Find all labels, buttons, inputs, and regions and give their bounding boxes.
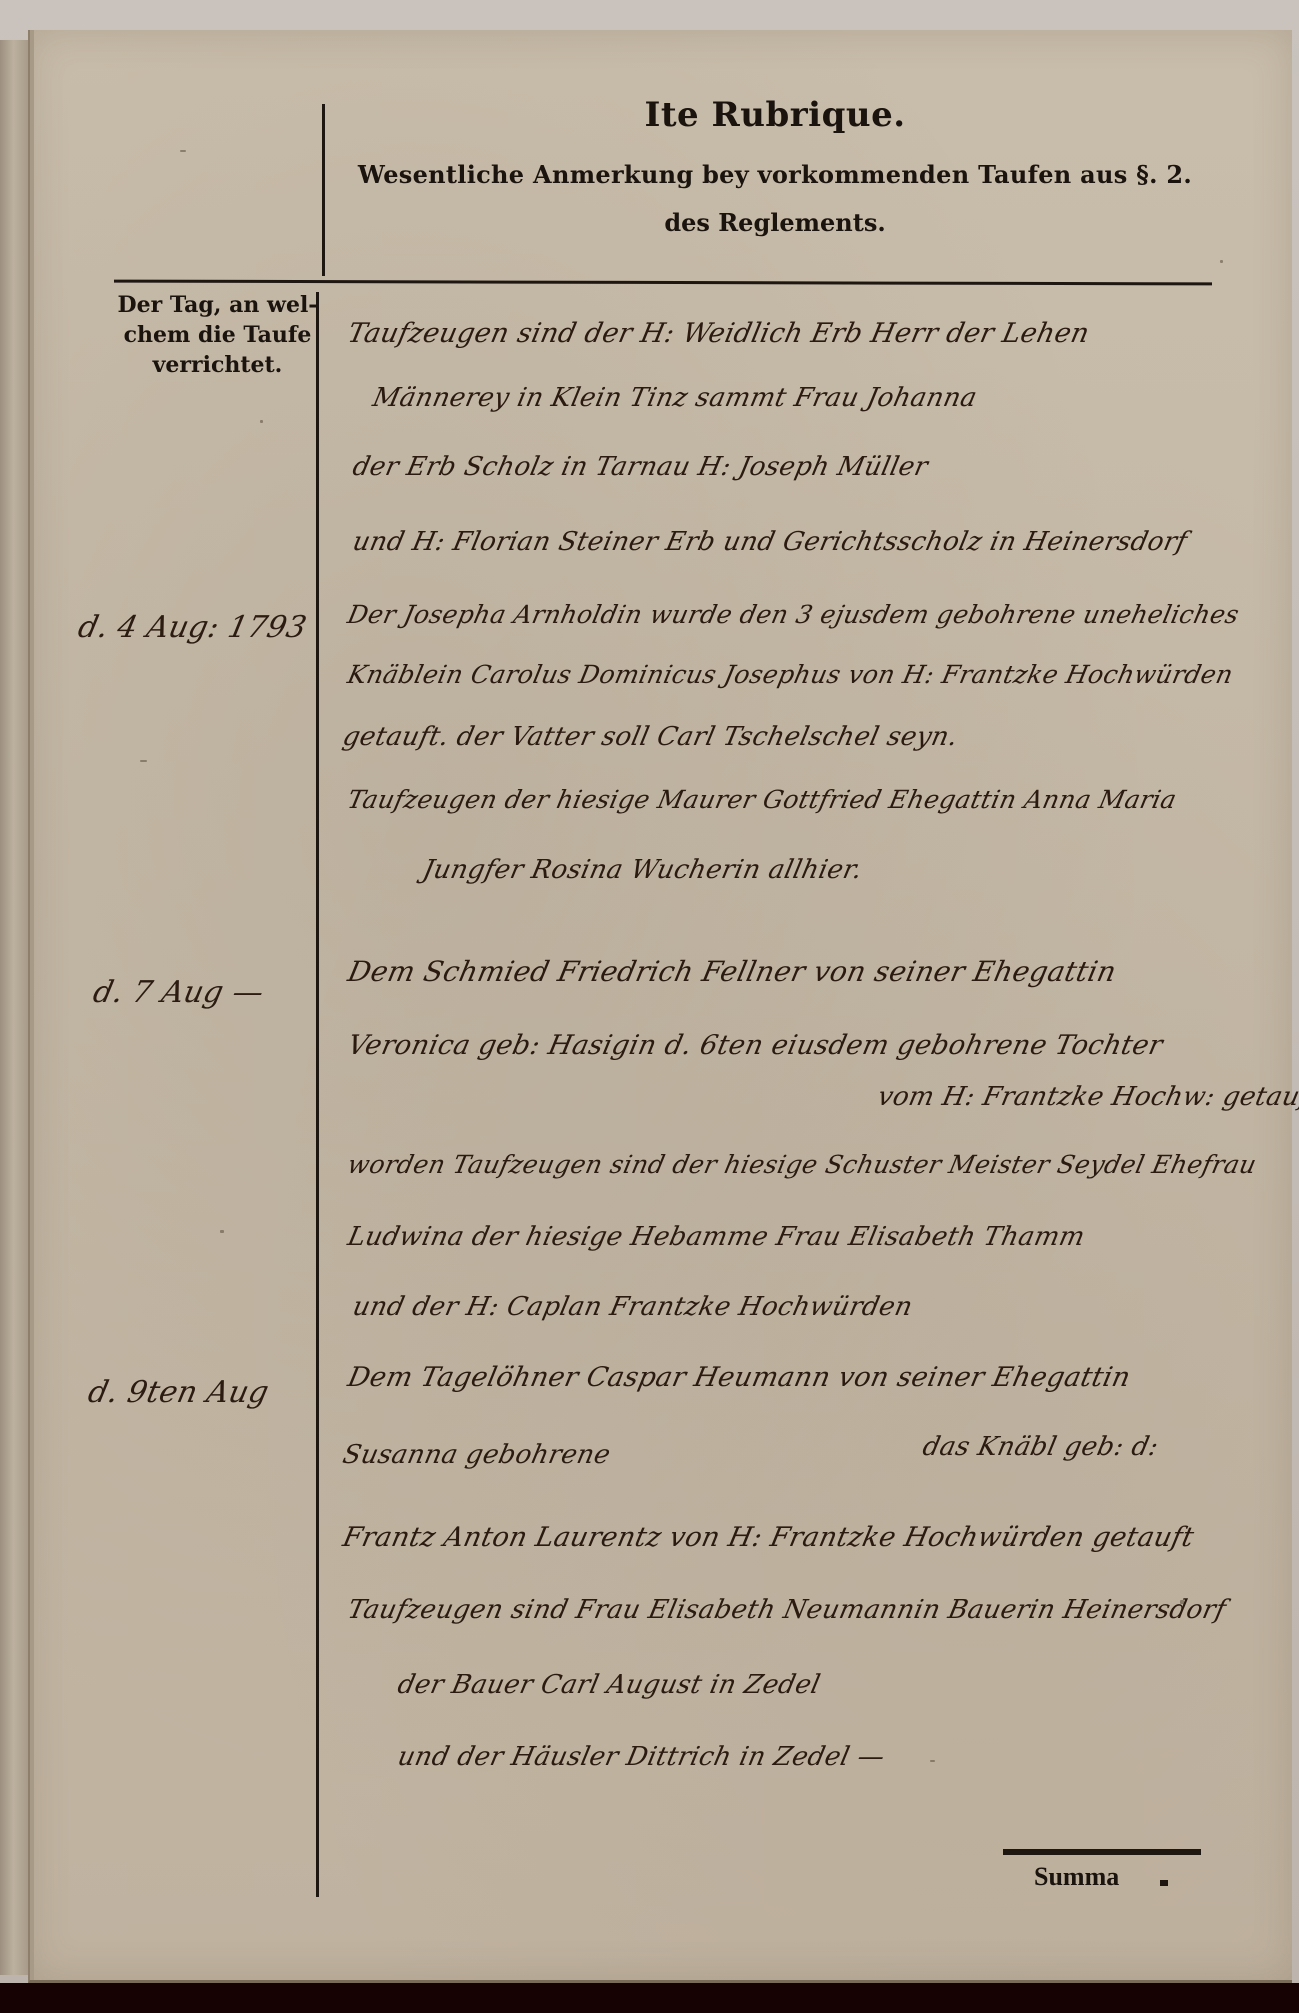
entry-line: Taufzeugen sind der H: Weidlich Erb Herr…	[345, 318, 1092, 349]
summa-label: Summa	[1034, 1862, 1119, 1892]
entry-line: worden Taufzeugen sind der hiesige Schus…	[345, 1150, 1259, 1179]
entry-line: Ludwina der hiesige Hebamme Frau Elisabe…	[345, 1222, 1088, 1252]
page-title: Ite Rubrique.	[330, 95, 1220, 135]
entry-line: Jungfer Rosina Wucherin allhier.	[420, 855, 865, 885]
page-subtitle-continued: des Reglements.	[330, 208, 1220, 237]
entry-line: der Bauer Carl August in Zedel	[395, 1670, 823, 1700]
paper-speck	[1220, 260, 1223, 263]
entry-line: Der Josepha Arnholdin wurde den 3 ejusde…	[345, 600, 1242, 629]
entry-line: das Knäbl geb: d:	[920, 1432, 1161, 1462]
entry-line: Frantz Anton Laurentz von H: Frantzke Ho…	[340, 1522, 1197, 1553]
entry-date: d. 9ten Aug	[85, 1375, 272, 1410]
summa-rule	[1003, 1849, 1201, 1855]
summa-value	[1160, 1880, 1168, 1886]
page-subtitle: Wesentliche Anmerkung bey vorkommenden T…	[330, 160, 1220, 189]
entry-line: getauft. der Vatter soll Carl Tschelsche…	[340, 722, 961, 752]
entry-line: und H: Florian Steiner Erb und Gerichtss…	[350, 527, 1190, 557]
entry-line: Dem Schmied Friedrich Fellner von seiner…	[345, 955, 1119, 988]
entry-line: Knäblein Carolus Dominicus Josephus von …	[345, 660, 1236, 689]
paper-speck	[180, 150, 186, 152]
date-column-header-line: verrichtet.	[105, 350, 330, 380]
scan-bottom-border	[0, 1983, 1299, 2013]
entry-line: der Erb Scholz in Tarnau H: Joseph Mülle…	[350, 452, 931, 482]
entry-line: vom H: Frantzke Hochw: getauft	[875, 1082, 1299, 1112]
entry-line: Dem Tagelöhner Caspar Heumann von seiner…	[345, 1362, 1133, 1393]
entry-line: Susanna gebohrene	[340, 1440, 613, 1470]
entry-line: und der Häusler Dittrich in Zedel —	[395, 1742, 887, 1772]
entry-line: und der H: Caplan Frantzke Hochwürden	[350, 1292, 915, 1322]
date-column-rule	[316, 292, 319, 1897]
entry-line: Taufzeugen sind Frau Elisabeth Neumannin…	[345, 1595, 1229, 1625]
page-edge	[30, 30, 34, 1980]
date-column-header: Der Tag, an wel- chem die Taufe verricht…	[105, 290, 330, 380]
date-column-header-line: chem die Taufe	[105, 320, 330, 350]
paper-speck	[930, 1760, 935, 1762]
entry-line: Männerey in Klein Tinz sammt Frau Johann…	[370, 383, 980, 413]
entry-line: Taufzeugen der hiesige Maurer Gottfried …	[345, 785, 1179, 814]
paper-speck	[140, 760, 147, 762]
paper-speck	[220, 1230, 224, 1233]
entry-date: d. 4 Aug: 1793	[75, 610, 310, 645]
entry-date: d. 7 Aug —	[90, 975, 267, 1010]
entry-line: Veronica geb: Hasigin d. 6ten eiusdem ge…	[345, 1030, 1166, 1061]
date-column-header-line: Der Tag, an wel-	[105, 290, 330, 320]
header-column-rule	[322, 104, 325, 276]
paper-speck	[260, 420, 263, 423]
